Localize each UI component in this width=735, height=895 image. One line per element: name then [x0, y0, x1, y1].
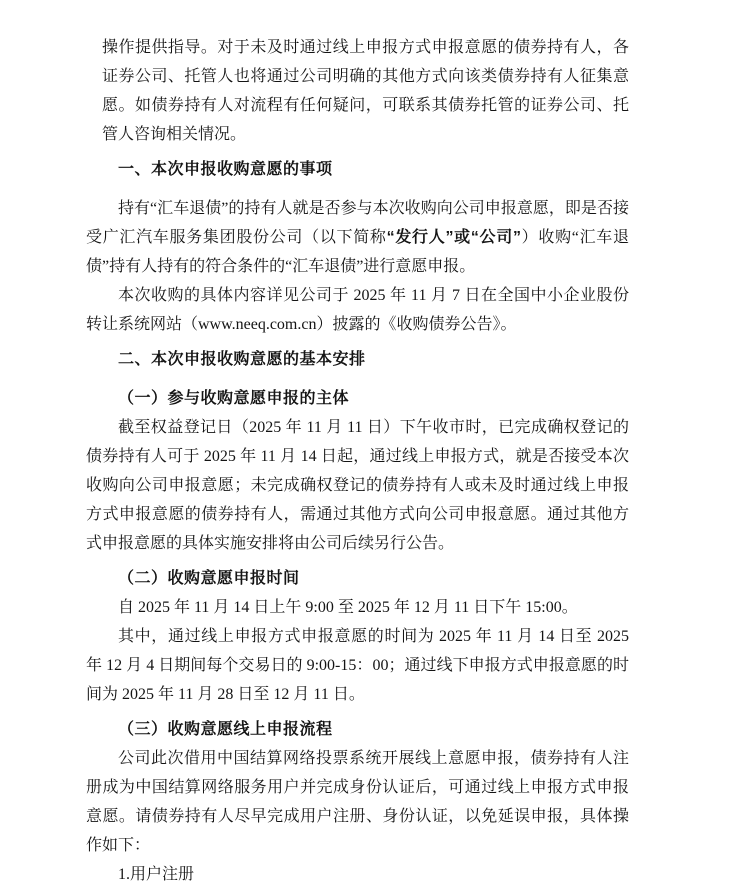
issuer-company-emphasis: “发行人”或“公司”	[387, 229, 521, 246]
section-one-paragraph-two: 本次收购的具体内容详见公司于 2025 年 11 月 7 日在全国中小企业股份转…	[86, 281, 629, 339]
section-two-heading: 二、本次申报收购意愿的基本安排	[86, 345, 629, 374]
step-one-label: 1.用户注册	[86, 860, 629, 889]
subsection-two-heading: （二）收购意愿申报时间	[86, 564, 629, 593]
subsection-one-heading: （一）参与收购意愿申报的主体	[86, 384, 629, 413]
section-one-heading: 一、本次申报收购意愿的事项	[86, 155, 629, 184]
subsection-one-paragraph: 截至权益登记日（2025 年 11 月 11 日）下午收市时，已完成确权登记的债…	[86, 413, 629, 558]
subsection-two-paragraph-one: 自 2025 年 11 月 14 日上午 9:00 至 2025 年 12 月 …	[86, 593, 629, 622]
subsection-two-paragraph-two: 其中，通过线上申报方式申报意愿的时间为 2025 年 11 月 14 日至 20…	[86, 622, 629, 709]
subsection-three-paragraph: 公司此次借用中国结算网络投票系统开展线上意愿申报，债券持有人注册成为中国结算网络…	[86, 744, 629, 860]
subsection-three-heading: （三）收购意愿线上申报流程	[86, 715, 629, 744]
section-one-paragraph-one: 持有“汇车退债”的持有人就是否参与本次收购向公司申报意愿，即是否接受广汇汽车服务…	[86, 194, 629, 281]
continuation-paragraph: 操作提供指导。对于未及时通过线上申报方式申报意愿的债券持有人，各证券公司、托管人…	[102, 33, 629, 149]
document-page: 操作提供指导。对于未及时通过线上申报方式申报意愿的债券持有人，各证券公司、托管人…	[0, 0, 735, 895]
